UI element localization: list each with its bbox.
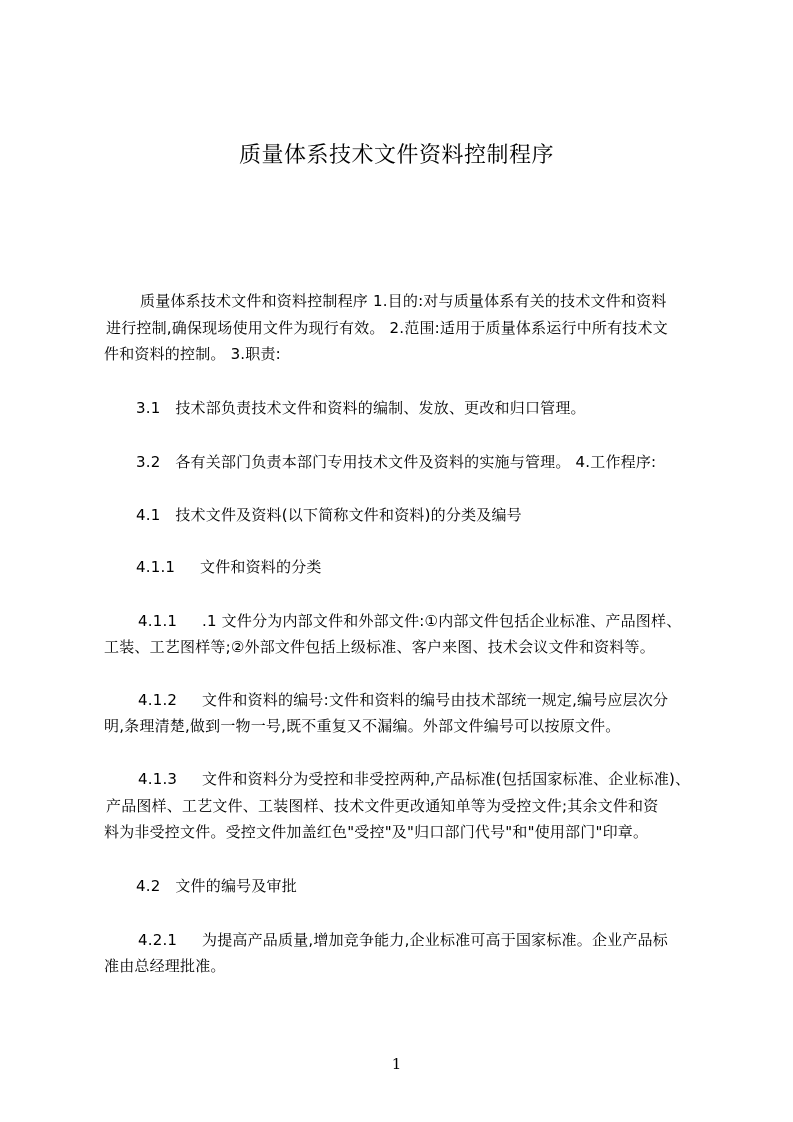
body-line: 件和资料的控制。 3.职责:	[104, 344, 281, 364]
section-3-2: 3.2 各有关部门负责本部门专用技术文件及资料的实施与管理。 4.工作程序:	[136, 452, 656, 472]
body-line: 产品图样、工艺文件、工装图样、技术文件更改通知单等为受控文件;其余文件和资	[106, 796, 658, 816]
body-line: 工装、工艺图样等;②外部文件包括上级标准、客户来图、技术会议文件和资料等。	[104, 637, 655, 657]
section-4-1-1: 4.1.1 文件和资料的分类	[136, 557, 322, 577]
page-number: 1	[0, 1055, 793, 1073]
body-line: 4.1.2 文件和资料的编号:文件和资料的编号由技术部统一规定,编号应层次分	[138, 690, 668, 710]
body-line: 质量体系技术文件和资料控制程序 1.目的:对与质量体系有关的技术文件和资料	[140, 291, 667, 311]
body-line: 准由总经理批准。	[104, 956, 226, 976]
section-3-1: 3.1 技术部负责技术文件和资料的编制、发放、更改和归口管理。	[136, 398, 586, 418]
body-line: 进行控制,确保现场使用文件为现行有效。 2.范围:适用于质量体系运行中所有技术文	[106, 318, 668, 338]
body-line: 料为非受控文件。受控文件加盖红色"受控"及"归口部门代号"和"使用部门"印章。	[104, 822, 648, 842]
document-page: 质量体系技术文件资料控制程序 质量体系技术文件和资料控制程序 1.目的:对与质量…	[0, 0, 793, 1122]
body-line: 4.1.3 文件和资料分为受控和非受控两种,产品标准(包括国家标准、企业标准)、	[138, 769, 690, 789]
document-title: 质量体系技术文件资料控制程序	[0, 140, 793, 172]
body-line: 明,条理清楚,做到一物一号,既不重复又不漏编。外部文件编号可以按原文件。	[104, 716, 621, 736]
section-4-2: 4.2 文件的编号及审批	[136, 876, 297, 896]
body-line: 4.1.1 .1 文件分为内部文件和外部文件:①内部文件包括企业标准、产品图样、	[138, 611, 681, 631]
section-4-1: 4.1 技术文件及资料(以下简称文件和资料)的分类及编号	[136, 505, 522, 525]
body-line: 4.2.1 为提高产品质量,增加竞争能力,企业标准可高于国家标准。企业产品标	[138, 930, 668, 950]
